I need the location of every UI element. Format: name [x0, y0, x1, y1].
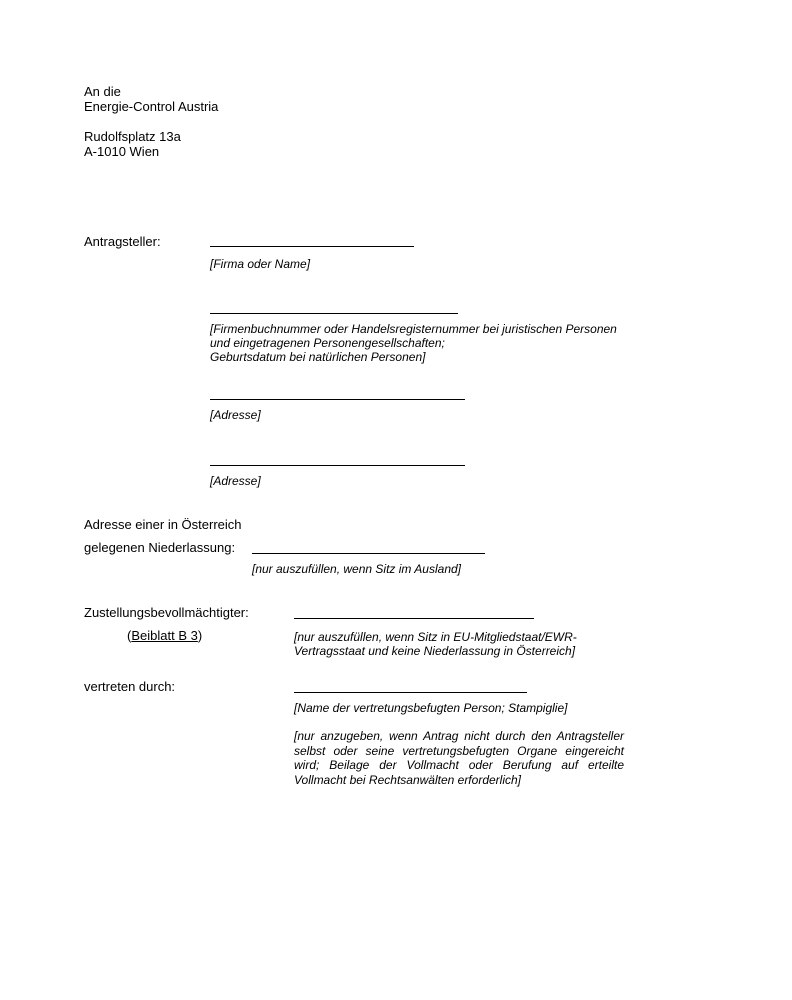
applicant-register-number-field[interactable] [210, 313, 458, 314]
agent-hint-line-2: Vertragsstaat und keine Niederlassung in… [294, 644, 575, 659]
applicant-label: Antragsteller: [84, 234, 161, 249]
recipient-line-2: Energie-Control Austria [84, 99, 218, 114]
applicant-address-hint-2: [Adresse] [210, 474, 261, 489]
beiblatt-b3-link[interactable]: Beiblatt B 3 [131, 628, 198, 643]
agent-field[interactable] [294, 618, 534, 619]
representative-note: [nur anzugeben, wenn Antrag nicht durch … [294, 729, 624, 787]
applicant-register-hint-line-1: [Firmenbuchnummer oder Handelsregisternu… [210, 322, 617, 337]
applicant-address-hint-1: [Adresse] [210, 408, 261, 423]
representative-field[interactable] [294, 692, 527, 693]
agent-attachment-reference: (Beiblatt B 3) [127, 628, 202, 643]
recipient-line-1: An die [84, 84, 121, 99]
applicant-address-field-2[interactable] [210, 465, 465, 466]
paren-close: ) [198, 628, 202, 643]
agent-label: Zustellungsbevollmächtigter: [84, 605, 249, 620]
branch-label-line-2: gelegenen Niederlassung: [84, 540, 235, 555]
applicant-address-field-1[interactable] [210, 399, 465, 400]
recipient-city: A-1010 Wien [84, 144, 159, 159]
branch-hint: [nur auszufüllen, wenn Sitz im Ausland] [252, 562, 461, 577]
applicant-name-hint: [Firma oder Name] [210, 257, 310, 272]
applicant-name-field[interactable] [210, 246, 414, 247]
branch-label-line-1: Adresse einer in Österreich [84, 517, 242, 532]
recipient-street: Rudolfsplatz 13a [84, 129, 181, 144]
representative-label: vertreten durch: [84, 679, 175, 694]
applicant-register-hint-line-3: Geburtsdatum bei natürlichen Personen] [210, 350, 425, 365]
representative-hint: [Name der vertretungsbefugten Person; St… [294, 701, 567, 716]
applicant-register-hint-line-2: und eingetragenen Personengesellschaften… [210, 336, 445, 351]
agent-hint-line-1: [nur auszufüllen, wenn Sitz in EU-Mitgli… [294, 630, 577, 645]
branch-address-field[interactable] [252, 553, 485, 554]
